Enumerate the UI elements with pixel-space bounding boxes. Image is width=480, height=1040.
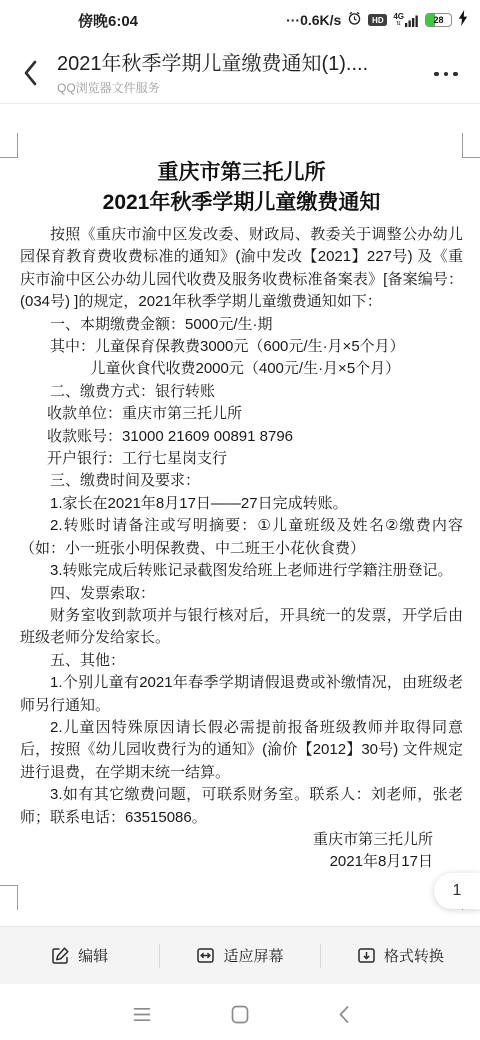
doc-subtitle: 2021年秋季学期儿童缴费通知: [20, 188, 463, 218]
home-button[interactable]: [222, 1001, 258, 1027]
back-button[interactable]: [14, 56, 48, 90]
header-text: 2021年秋季学期儿童缴费通知(1).... QQ浏览器文件服务: [57, 47, 417, 96]
recents-menu-icon: [133, 1007, 151, 1022]
more-dots-icon: [434, 72, 439, 77]
status-icons: ···0.6K/s HD 4G ⇅ 28: [286, 0, 468, 40]
doc-paragraph: 2.转账时请备注或写明摘要：①儿童班级及姓名②缴费内容（如：小一班张小明保教费、…: [20, 515, 463, 560]
signal-bars-icon: [405, 13, 419, 27]
format-convert-icon: [357, 946, 376, 965]
home-icon: [231, 1005, 249, 1024]
recents-menu-button[interactable]: [124, 1001, 160, 1027]
more-menu-button[interactable]: [426, 62, 466, 86]
doc-paragraph: 1.个别儿童有2021年春季学期请假退费或补缴情况，由班级老师另行通知。: [20, 672, 463, 717]
doc-paragraph: 3.如有其它缴费问题，可联系财务室。联系人：刘老师，张老师；联系电话：63515…: [20, 784, 463, 829]
edit-button[interactable]: 编辑: [0, 927, 159, 984]
doc-paragraph: 3.转账完成后转账记录截图发给班上老师进行学籍注册登记。: [20, 560, 463, 582]
doc-paragraph: 五、其他：: [20, 650, 463, 672]
doc-paragraph: 财务室收到款项并与银行核对后，开具统一的发票，开学后由班级老师分发给家长。: [20, 605, 463, 650]
page-margin-mark-top-right: [462, 133, 480, 158]
nav-back-button[interactable]: [326, 1001, 362, 1027]
document-page[interactable]: 重庆市第三托儿所 2021年秋季学期儿童缴费通知 按照《重庆市渝中区发改委、财政…: [0, 104, 480, 926]
doc-paragraph: 收款单位：重庆市第三托儿所: [20, 403, 463, 425]
doc-paragraph: 儿童伙食代收费2000元（400元/生·月×5个月）: [20, 358, 463, 380]
network-type-label: 4G: [393, 13, 404, 21]
page-number-badge: 1: [434, 873, 480, 909]
doc-paragraph: 一、本期缴费金额：5000元/生·期: [20, 314, 463, 336]
doc-title: 重庆市第三托儿所: [20, 158, 463, 188]
doc-paragraph: 三、缴费时间及要求：: [20, 470, 463, 492]
back-icon: [338, 1005, 350, 1024]
charging-icon: [458, 10, 468, 31]
fit-screen-label: 适应屏幕: [223, 945, 283, 966]
network-speed: ···0.6K/s: [286, 12, 341, 28]
clock-time: 傍晚6:04: [78, 10, 138, 31]
fit-screen-icon: [196, 946, 215, 965]
page-number: 1: [453, 882, 462, 900]
format-convert-label: 格式转换: [384, 945, 444, 966]
format-convert-button[interactable]: 格式转换: [321, 927, 480, 984]
edit-icon: [51, 946, 70, 965]
data-arrows-icon: ⇅: [396, 21, 401, 26]
doc-paragraph: 收款账号：31000 21609 00891 8796: [20, 426, 463, 448]
signal-4g-icon: 4G ⇅: [393, 13, 419, 27]
bottom-toolbar: 编辑 适应屏幕 格式转换: [0, 926, 480, 984]
chevron-left-icon: [21, 58, 41, 88]
hd-icon: HD: [368, 14, 387, 26]
file-source-label: QQ浏览器文件服务: [57, 79, 417, 96]
doc-paragraph: 开户银行：工行七星岗支行: [20, 448, 463, 470]
edit-label: 编辑: [78, 945, 108, 966]
doc-paragraph: 其中：儿童保育保教费3000元（600元/生·月×5个月）: [20, 336, 463, 358]
battery-percent: 28: [426, 15, 451, 25]
android-nav-bar: [0, 984, 480, 1040]
page-margin-mark-bottom-left: [0, 885, 18, 910]
doc-paragraph: 二、缴费方式：银行转账: [20, 381, 463, 403]
alarm-icon: [347, 10, 362, 31]
doc-paragraph: 2021年8月17日: [20, 851, 463, 873]
page-margin-mark-top-left: [0, 133, 18, 158]
app-header: 2021年秋季学期儿童缴费通知(1).... QQ浏览器文件服务: [0, 40, 480, 104]
doc-paragraph: 1.家长在2021年8月17日——27日完成转账。: [20, 493, 463, 515]
doc-paragraph: 按照《重庆市渝中区发改委、财政局、教委关于调整公办幼儿园保育教育费收费标准的通知…: [20, 224, 463, 314]
file-title: 2021年秋季学期儿童缴费通知(1)....: [57, 47, 417, 76]
doc-paragraph: 四、发票索取：: [20, 583, 463, 605]
phone-screen: 傍晚6:04 ···0.6K/s HD 4G ⇅ 28: [0, 0, 480, 1040]
doc-paragraph: 重庆市第三托儿所: [20, 829, 463, 851]
doc-paragraph: 2.儿童因特殊原因请长假必需提前报备班级教师并取得同意后，按照《幼儿园收费行为的…: [20, 717, 463, 784]
doc-body: 按照《重庆市渝中区发改委、财政局、教委关于调整公办幼儿园保育教育费收费标准的通知…: [20, 224, 463, 874]
battery-icon: 28: [425, 13, 452, 27]
fit-screen-button[interactable]: 适应屏幕: [160, 927, 319, 984]
status-bar: 傍晚6:04 ···0.6K/s HD 4G ⇅ 28: [0, 0, 480, 40]
